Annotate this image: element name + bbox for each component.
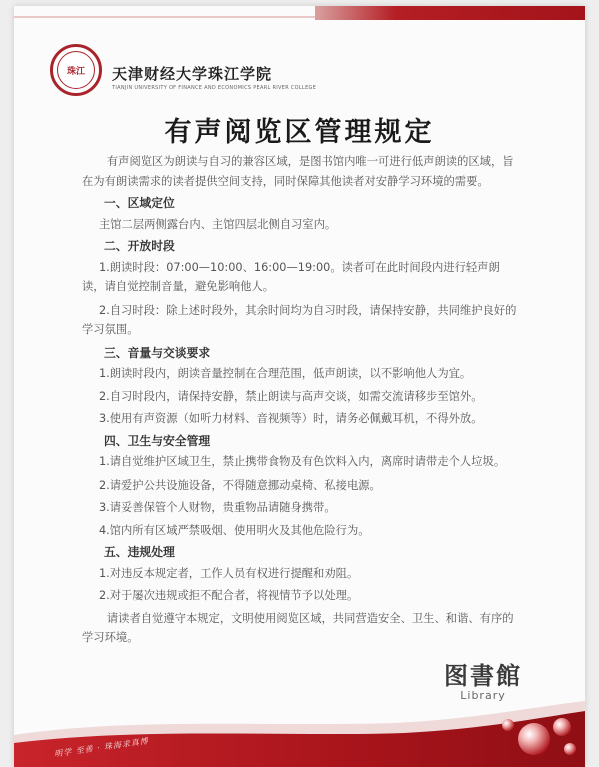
section-volume: 三、音量与交谈要求 1.朗读时段内，朗读音量控制在合理范围，低声朗读，以不影响他… (82, 344, 522, 429)
section-location: 一、区域定位 主馆二层两侧露台内、主馆四层北侧自习室内。 (82, 194, 522, 234)
intro-paragraph: 有声阅览区为朗读与自习的兼容区域，是图书馆内唯一可进行低声朗读的区域，旨在为有朗… (82, 152, 522, 191)
section-item: 4.馆内所有区域严禁吸烟、使用明火及其他危险行为。 (82, 521, 522, 541)
page-title: 有声阅览区管理规定 (14, 110, 585, 149)
section-hours: 二、开放时段 1.朗读时段：07:00—10:00、16:00—19:00。读者… (82, 237, 522, 340)
top-thin-line (14, 16, 315, 18)
section-item: 2.对于屡次违规或拒不配合者，将视情节予以处理。 (82, 586, 522, 606)
regulation-body: 有声阅览区为朗读与自习的兼容区域，是图书馆内唯一可进行低声朗读的区域，旨在为有朗… (82, 152, 522, 648)
section-item: 1.朗读时段内，朗读音量控制在合理范围，低声朗读，以不影响他人为宜。 (82, 364, 522, 384)
logo-inner: 珠江 (57, 51, 95, 89)
school-name-en: TIANJIN UNIVERSITY OF FINANCE AND ECONOM… (112, 85, 316, 91)
section-heading: 五、违规处理 (104, 543, 522, 563)
red-wave-decoration-icon (14, 687, 585, 767)
section-violations: 五、违规处理 1.对违反本规定者，工作人员有权进行提醒和劝阻。 2.对于屡次违规… (82, 543, 522, 606)
top-red-band (315, 6, 585, 20)
school-logo-icon: 珠江 (50, 44, 102, 96)
section-item: 2.请爱护公共设施设备，不得随意挪动桌椅、私接电源。 (82, 476, 522, 496)
section-item: 1.对违反本规定者，工作人员有权进行提醒和劝阻。 (82, 564, 522, 584)
school-header: 珠江 天津财经大学珠江学院 TIANJIN UNIVERSITY OF FINA… (50, 44, 316, 96)
school-name-block: 天津财经大学珠江学院 TIANJIN UNIVERSITY OF FINANCE… (112, 63, 316, 91)
closing-paragraph: 请读者自觉遵守本规定，文明使用阅览区域，共同营造安全、卫生、和谐、有序的学习环境… (82, 609, 522, 648)
section-item: 3.请妥善保管个人财物，贵重物品请随身携带。 (82, 498, 522, 518)
section-heading: 一、区域定位 (104, 194, 522, 214)
notice-page: 珠江 天津财经大学珠江学院 TIANJIN UNIVERSITY OF FINA… (14, 6, 585, 767)
section-item: 1.朗读时段：07:00—10:00、16:00—19:00。读者可在此时间段内… (82, 258, 522, 297)
section-item: 主馆二层两侧露台内、主馆四层北侧自习室内。 (82, 215, 522, 235)
section-heading: 三、音量与交谈要求 (104, 344, 522, 364)
section-heading: 二、开放时段 (104, 237, 522, 257)
section-item: 2.自习时段内，请保持安静，禁止朗读与高声交谈，如需交流请移步至馆外。 (82, 387, 522, 407)
section-hygiene-safety: 四、卫生与安全管理 1.请自觉维护区域卫生，禁止携带食物及有色饮料入内，离席时请… (82, 432, 522, 541)
footer-wave: 明学 至善 · 珠海求真博 (14, 687, 585, 767)
library-stamp-cn: 图書館 (444, 656, 522, 691)
section-item: 3.使用有声资源（如听力材料、音视频等）时，请务必佩戴耳机，不得外放。 (82, 409, 522, 429)
section-heading: 四、卫生与安全管理 (104, 432, 522, 452)
school-name-cn: 天津财经大学珠江学院 (112, 63, 316, 84)
section-item: 2.自习时段：除上述时段外，其余时间均为自习时段，请保持安静，共同维护良好的学习… (82, 301, 522, 340)
section-item: 1.请自觉维护区域卫生，禁止携带食物及有色饮料入内，离席时请带走个人垃圾。 (82, 452, 522, 472)
